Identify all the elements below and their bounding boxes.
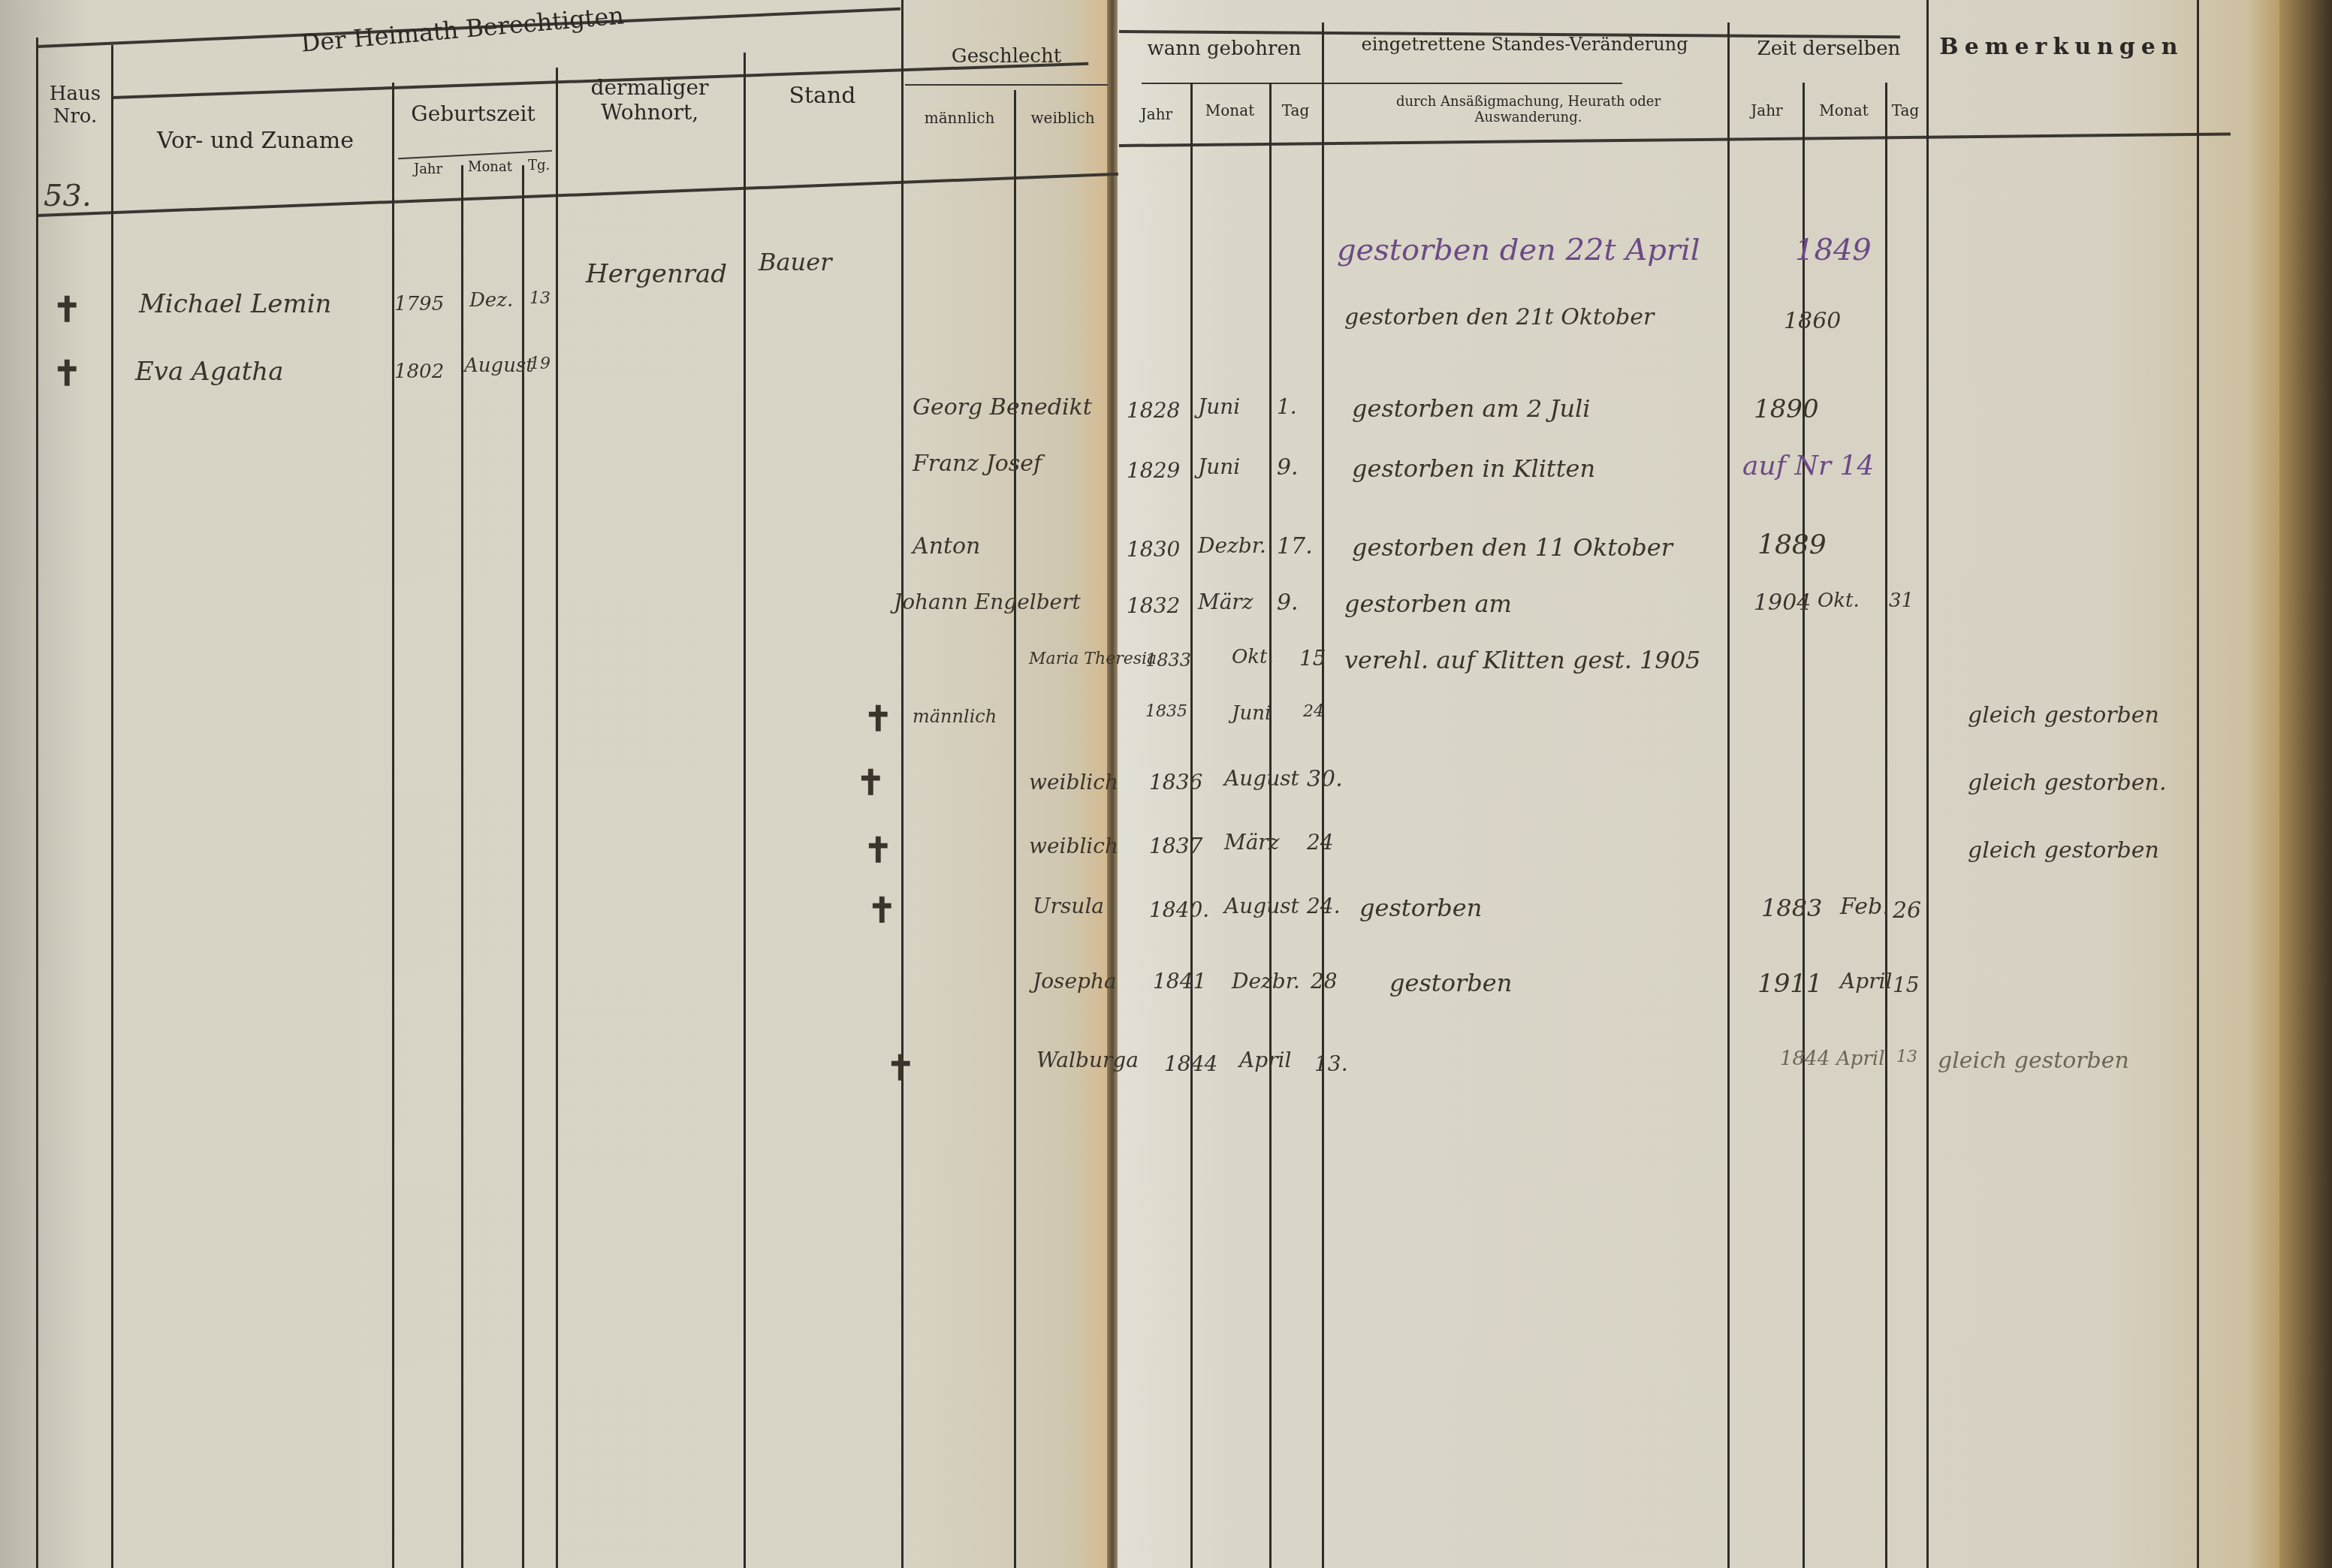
child-change-month: April (1840, 969, 1892, 994)
col-line (1803, 83, 1805, 1568)
child-remark: gleich gestorben. (1968, 770, 2166, 796)
child-change-year: 1889 (1757, 529, 1827, 560)
child-birth-month: Okt. (1232, 646, 1274, 668)
child-remark: gleich gestorben (1938, 1048, 2129, 1074)
col-line (2197, 0, 2199, 1568)
col-line (36, 38, 38, 1568)
child-birth-month: Juni (1232, 702, 1271, 725)
col-line (556, 68, 558, 1568)
col-header-gz-monat: Monat (462, 159, 518, 175)
child-birth-day: 1. (1277, 394, 1297, 419)
child-birth-day: 15 (1299, 646, 1326, 671)
col-header-zeit-jahr: Jahr (1735, 101, 1799, 119)
death-cross-icon: ✝ (886, 1048, 916, 1088)
child-remark: gleich gestorben (1968, 702, 2159, 728)
col-header-stand: Stand (751, 83, 894, 109)
child-birth-year: 1836 (1149, 770, 1202, 795)
child-birth-year: 1844 (1164, 1051, 1217, 1076)
child-name-male: männlich (913, 706, 997, 727)
col-header-gz-jahr: Jahr (402, 161, 454, 177)
child-change-month: Feb. (1840, 894, 1890, 920)
child-birth-year: 1829 (1127, 458, 1180, 483)
parent-birth-month: August (464, 354, 534, 377)
child-birth-month: Juni (1198, 454, 1240, 479)
child-change: gestorben den 11 Oktober (1352, 533, 1673, 562)
death-cross-icon: ✝ (53, 353, 82, 394)
child-birth-day: 30. (1307, 766, 1343, 792)
child-birth-year: 1832 (1127, 593, 1180, 618)
child-birth-month: August (1224, 894, 1299, 918)
child-birth-year: 1830 (1127, 537, 1180, 562)
parent-birth-day: 13 (529, 289, 551, 308)
col-header-veraenderung-sub: durch Ansäßigmachung, Heurath oder Auswa… (1344, 94, 1712, 125)
col-header-maennlich: männlich (909, 109, 1010, 127)
col-header-gz-tag: Tg. (522, 158, 556, 173)
child-name-female: weiblich (1029, 770, 1118, 795)
parent-name: Eva Agatha (135, 357, 284, 387)
child-change-year: 1890 (1754, 394, 1819, 424)
child-birth-year: 1833 (1145, 650, 1191, 671)
parent-status: Bauer (759, 248, 831, 276)
death-cross-icon: ✝ (53, 289, 82, 330)
col-header-wann-geboren: wann gebohren (1127, 38, 1322, 60)
parent-birth-year: 1795 (394, 293, 444, 315)
child-birth-day: 28 (1311, 969, 1338, 994)
child-birth-month: Juni (1198, 394, 1240, 419)
child-change: gestorben in Klitten (1352, 454, 1595, 483)
col-header-wohnort: dermaliger Wohnort, (560, 75, 740, 125)
parent-birth-month: Dez. (469, 289, 513, 312)
col-header-zeit-monat: Monat (1806, 101, 1881, 119)
child-birth-year: 1835 (1145, 702, 1187, 721)
child-birth-day: 24 (1303, 702, 1324, 721)
book-edge (2279, 0, 2332, 1568)
child-name-male: Johann Engelbert (894, 590, 1081, 614)
col-header-bemerkungen: Bemerkungen (1930, 34, 2193, 60)
death-cross-icon: ✝ (856, 762, 885, 803)
child-birth-day: 9. (1277, 590, 1299, 616)
death-cross-icon: ✝ (864, 830, 893, 870)
child-change-day: 13 (1896, 1048, 1917, 1066)
child-birth-day: 9. (1277, 454, 1299, 481)
col-line (1269, 83, 1272, 1568)
col-header-name: Vor- und Zuname (128, 128, 383, 154)
child-change-day: 26 (1893, 897, 1921, 924)
child-birth-day: 17. (1277, 533, 1313, 559)
child-birth-day: 24 (1307, 830, 1334, 855)
child-birth-year: 1840. (1149, 897, 1209, 922)
col-line (1014, 90, 1016, 1568)
parent-residence: Hergenrad (586, 259, 727, 289)
col-line (901, 0, 904, 1568)
col-line (111, 45, 113, 1568)
child-change: gestorben am 2 Juli (1352, 394, 1591, 423)
child-birth-month: März (1198, 590, 1253, 614)
col-line (1322, 23, 1324, 1568)
col-line (1190, 83, 1193, 1568)
child-change: gestorben (1389, 969, 1512, 997)
child-name-male: Anton (913, 533, 980, 559)
col-header-wg-tag: Tag (1273, 101, 1318, 119)
col-line (1926, 0, 1929, 1568)
col-header-wg-monat: Monat (1194, 101, 1266, 119)
child-birth-year: 1828 (1127, 398, 1180, 423)
child-name-female: weiblich (1029, 834, 1118, 858)
child-birth-month: Dezbr. (1232, 969, 1300, 994)
parent-name: Michael Lemin (139, 289, 331, 319)
house-number: 53. (44, 179, 92, 213)
child-name-male: Franz Josef (913, 451, 1042, 477)
child-change: verehl. auf Klitten gest. 1905 (1344, 646, 1700, 674)
child-change-day: 15 (1893, 972, 1920, 997)
child-name-female: Maria Theresia (1029, 650, 1157, 668)
death-cross-icon: ✝ (864, 698, 893, 739)
child-name-female: Ursula (1033, 894, 1104, 918)
col-header-zeit: Zeit derselben (1731, 38, 1926, 60)
col-line (1727, 23, 1730, 1568)
child-birth-year: 1837 (1149, 834, 1202, 858)
col-header-geschlecht: Geschlecht (909, 45, 1104, 68)
col-header-haus-nro: Haus Nro. (41, 83, 109, 128)
col-line (461, 165, 463, 1568)
child-change-day: 31 (1889, 590, 1914, 612)
col-header-veraenderung: eingetrettene Standes-Veränderung (1329, 34, 1720, 55)
parent-birth-year: 1802 (394, 360, 444, 383)
col-header-weiblich: weiblich (1018, 109, 1108, 127)
child-name-female: Josepha (1033, 969, 1117, 994)
parent-change-year: 1849 (1795, 233, 1872, 267)
parent-change-year: 1860 (1784, 308, 1841, 334)
child-birth-month: April (1239, 1048, 1291, 1072)
death-cross-icon: ✝ (867, 890, 897, 930)
child-change-note: auf Nr 14 (1742, 451, 1874, 481)
child-change-month: Okt. (1818, 590, 1860, 612)
header-sub-rule (1142, 83, 1622, 84)
parent-change: gestorben den 21t Oktober (1344, 304, 1654, 330)
child-birth-month: August (1224, 766, 1299, 791)
parent-change: gestorben den 22t April (1337, 233, 1700, 267)
child-change-year: 1911 (1757, 969, 1823, 999)
child-birth-day: 13. (1314, 1051, 1348, 1076)
col-header-zeit-tag: Tag (1887, 101, 1924, 119)
col-line (744, 53, 746, 1568)
child-remark: gleich gestorben (1968, 837, 2159, 864)
geschlecht-sub-rule (905, 84, 1108, 86)
parent-birth-day: 19 (529, 354, 551, 373)
child-change-year: 1904 (1754, 590, 1811, 616)
child-change: gestorben am (1344, 590, 1512, 618)
child-birth-day: 24. (1307, 894, 1341, 918)
child-change-month: April (1836, 1048, 1884, 1070)
col-header-wg-jahr: Jahr (1127, 105, 1187, 123)
child-name-female: Walburga (1036, 1048, 1139, 1072)
child-birth-month: Dezbr. (1198, 533, 1266, 558)
child-birth-month: März (1224, 830, 1280, 855)
child-change: gestorben (1359, 894, 1482, 922)
col-header-geburtszeit: Geburtszeit (398, 101, 548, 126)
child-birth-year: 1841 (1153, 969, 1206, 994)
child-change-year: 1883 (1761, 894, 1822, 922)
child-name-male: Georg Benedikt (913, 394, 1092, 421)
col-line (1885, 83, 1887, 1568)
child-change-year: 1844 (1780, 1048, 1830, 1070)
